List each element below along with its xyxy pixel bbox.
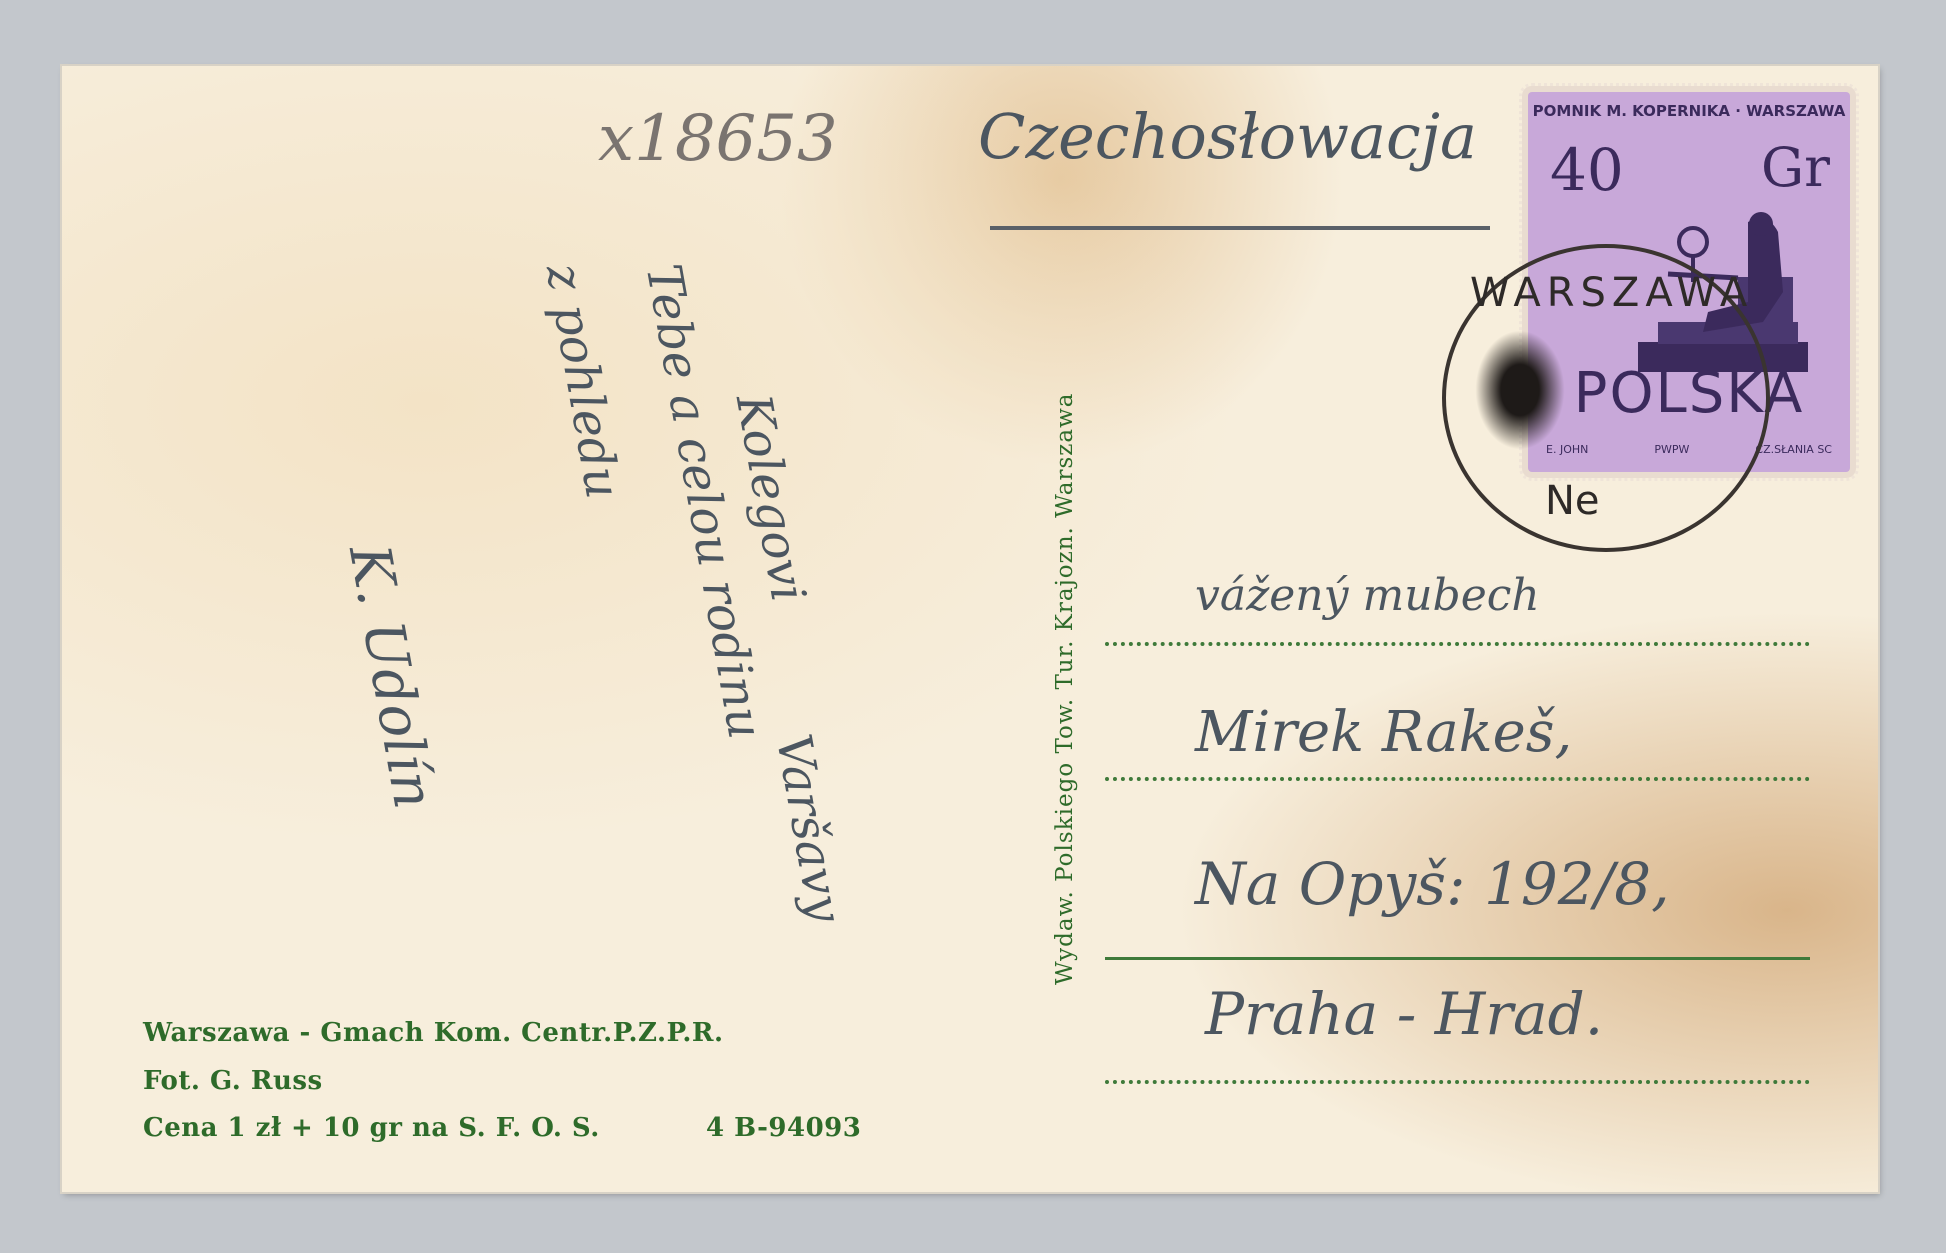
stamp-credit: CZ.SŁANIA SC: [1755, 443, 1832, 456]
caption-line-2: Fot. G. Russ: [143, 1066, 323, 1096]
publisher-text: Wydaw. Polskiego Tow. Tur. Krajozn. Wars…: [1052, 392, 1078, 985]
stamp-value: 40: [1550, 136, 1624, 204]
address-rule: [1105, 957, 1810, 960]
address-rule: [1105, 777, 1810, 781]
message-line: Varšavy: [765, 730, 853, 926]
handwritten-message: Kolegovi Tebe a celou rodinu z pohledu V…: [340, 260, 900, 1020]
address-line-1: vážený mubech: [1195, 570, 1540, 621]
stamp-title: POMNIK M. KOPERNIKA · WARSZAWA: [1528, 102, 1850, 120]
address-line-4: Praha - Hrad.: [1205, 980, 1603, 1048]
address-rule: [1105, 1080, 1810, 1084]
destination-underline: [990, 226, 1490, 230]
address-line-3: Na Opyš: 192/8,: [1195, 850, 1670, 918]
address-rule: [1105, 642, 1810, 646]
destination-country: Czechosłowacja: [978, 100, 1477, 173]
signature: K. Udolín: [336, 540, 446, 813]
address-line-2: Mirek Rakeš,: [1195, 700, 1572, 765]
postmark-text: WARSZAWA: [1470, 270, 1753, 316]
stamp-currency: Gr: [1761, 136, 1830, 199]
message-line: z pohledu: [535, 260, 631, 503]
catalog-number: 4 B-94093: [706, 1113, 861, 1143]
caption-line-3: Cena 1 zł + 10 gr na S. F. O. S.: [143, 1113, 600, 1143]
caption-line-1: Warszawa - Gmach Kom. Centr.P.Z.P.R.: [143, 1018, 724, 1048]
inventory-number: x18653: [598, 102, 838, 176]
postmark-code: Ne: [1545, 478, 1600, 524]
ink-blot: [1475, 330, 1565, 450]
